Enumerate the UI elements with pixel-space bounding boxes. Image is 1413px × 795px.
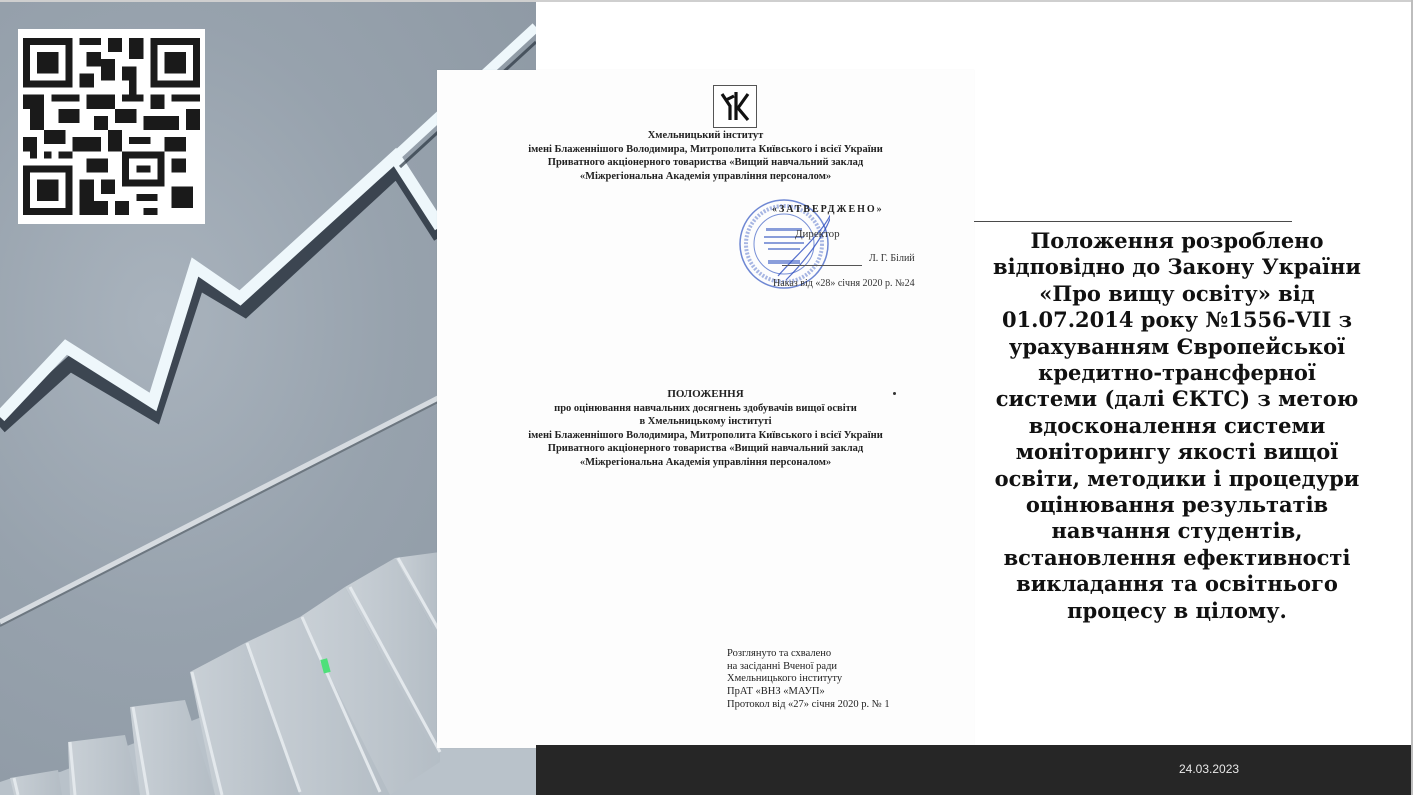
approved-label: «ЗАТВЕРДЖЕНО» [772, 204, 884, 215]
footer-bar [536, 745, 1411, 795]
document-scan: Хмельницький інститут імені Блаженнішого… [437, 70, 974, 748]
subtitle-line: в Хмельницькому інституті [437, 415, 974, 429]
subtitle-line: Приватного акціонерного товариства «Вищи… [437, 442, 974, 456]
scan-speck [893, 392, 896, 395]
document-header: Хмельницький інститут імені Блаженнішого… [437, 129, 974, 183]
document-title-block: ПОЛОЖЕННЯ про оцінювання навчальних дося… [437, 388, 974, 469]
subtitle-line: імені Блаженнішого Володимира, Митрополи… [437, 429, 974, 443]
signature-line [782, 265, 862, 266]
header-line: Приватного акціонерного товариства «Вищи… [437, 156, 974, 170]
qr-code-icon [23, 36, 200, 217]
institute-logo-icon [713, 85, 757, 128]
review-line: на засіданні Вченої ради [727, 661, 890, 674]
header-line: Хмельницький інститут [437, 129, 974, 143]
qr-code[interactable] [18, 29, 205, 224]
review-line: Хмельницького інституту [727, 673, 890, 686]
subtitle-line: про оцінювання навчальних досягнень здоб… [437, 402, 974, 416]
review-line: ПрАТ «ВНЗ «МАУП» [727, 686, 890, 699]
review-line: Протокол від «27» січня 2020 р. № 1 [727, 699, 890, 712]
divider-line [974, 221, 1292, 222]
footer-date: 24.03.2023 [1179, 762, 1239, 776]
presentation-slide: Хмельницький інститут імені Блаженнішого… [0, 0, 1413, 795]
review-note: Розглянуто та схвалено на засіданні Вчен… [727, 648, 890, 712]
signatory-name: Л. Г. Білий [869, 253, 915, 264]
header-line: «Міжрегіональна Академія управління перс… [437, 170, 974, 184]
subtitle-line: «Міжрегіональна Академія управління перс… [437, 456, 974, 470]
director-label: Директор [795, 228, 840, 240]
slide-body-text: Положення розроблено відповідно до Закон… [984, 228, 1370, 624]
review-line: Розглянуто та схвалено [727, 648, 890, 661]
order-reference: Наказ від «28» січня 2020 р. №24 [773, 278, 915, 289]
header-line: імені Блаженнішого Володимира, Митрополи… [437, 143, 974, 157]
